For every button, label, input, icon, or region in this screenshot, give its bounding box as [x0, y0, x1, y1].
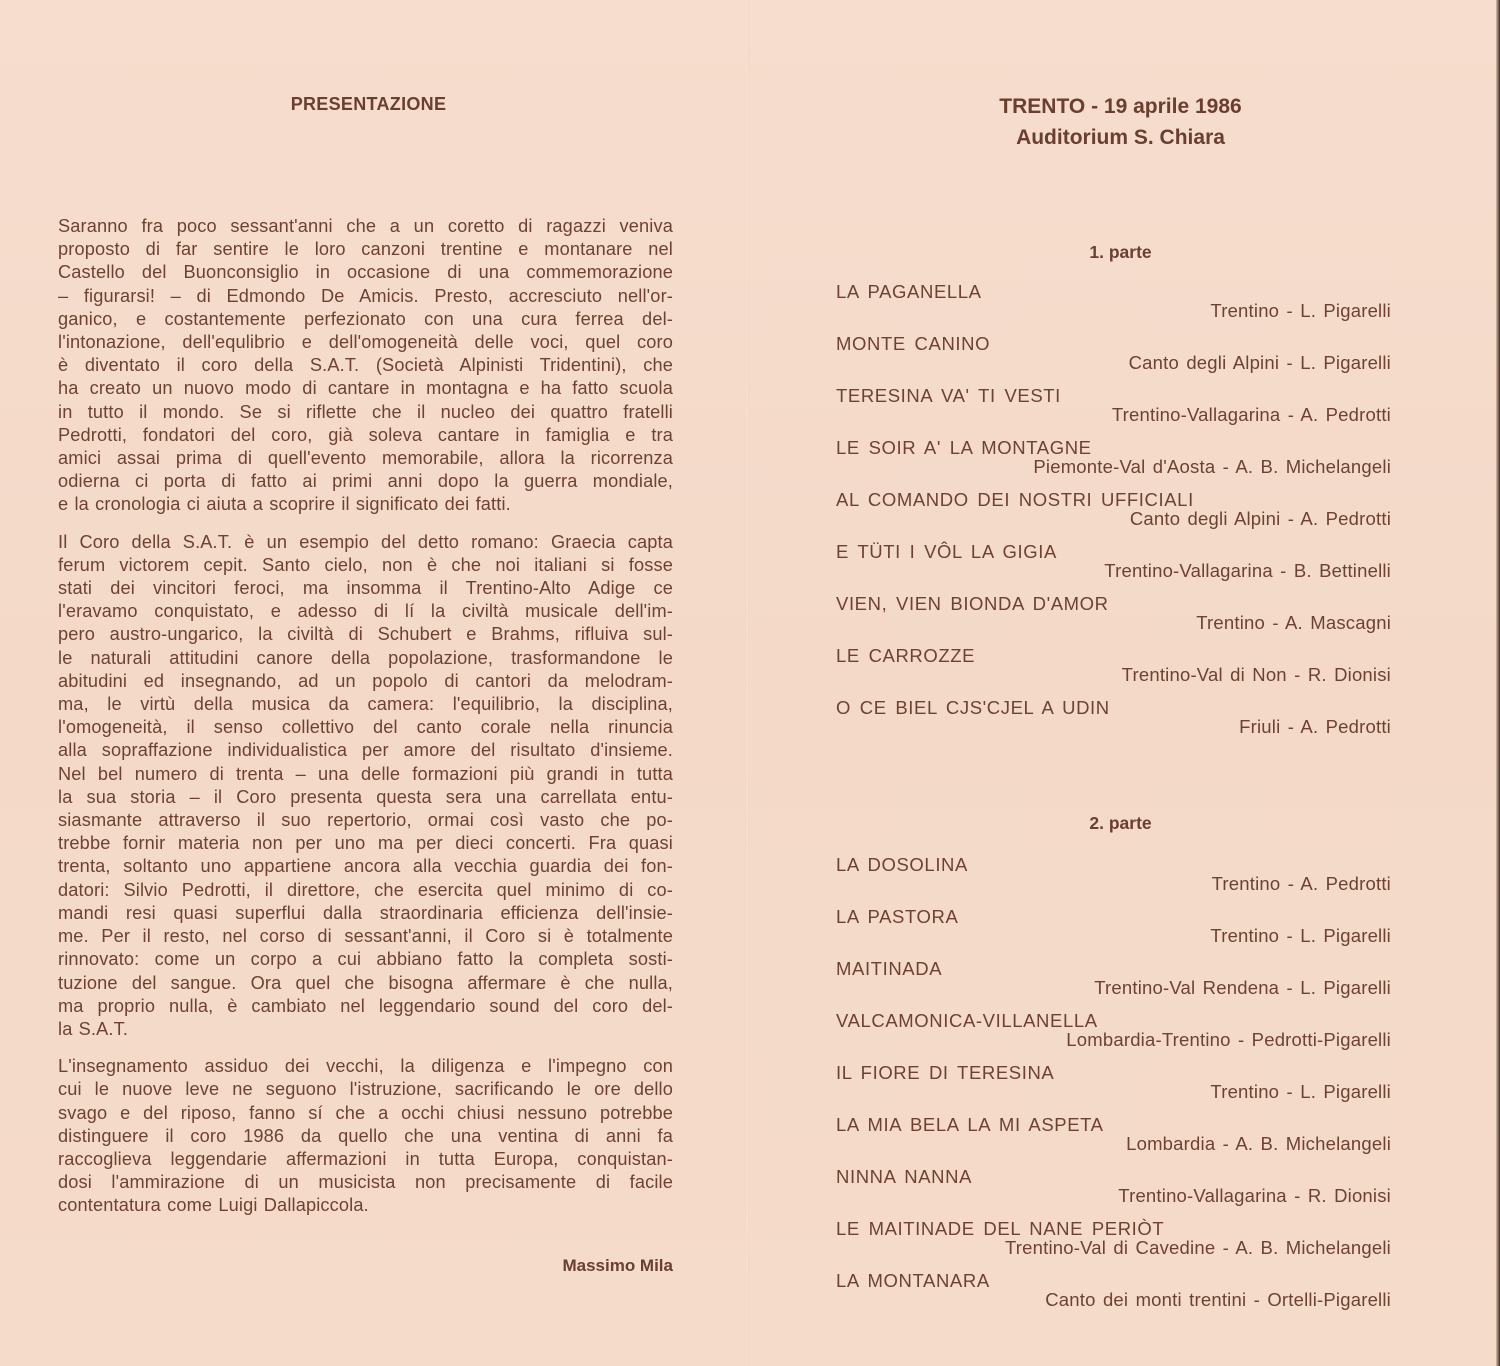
song-credit: Trentino-Val Rendena - L. Pigarelli [836, 977, 1391, 999]
text-line: Castello del Buonconsiglio in occasione … [58, 261, 673, 284]
song-item: LA PAGANELLATrentino - L. Pigarelli [836, 281, 1391, 333]
text-line: alla sopraffazione individualistica per … [58, 739, 673, 762]
text-line: rinnovato: come un corpo a cui abbiano f… [58, 948, 673, 971]
presentation-paragraph-3: L'insegnamento assiduo dei vecchi, la di… [58, 1055, 673, 1217]
text-line: dosi l'ammirazione di un musicista non p… [58, 1171, 673, 1194]
text-line: l'omogeneità, il senso collettivo del ca… [58, 716, 673, 739]
song-credit: Canto dei monti trentini - Ortelli-Pigar… [836, 1289, 1391, 1311]
part-1-song-list: LA PAGANELLATrentino - L. Pigarelli MONT… [836, 281, 1391, 749]
event-date-location: TRENTO - 19 aprile 1986 [850, 91, 1391, 122]
song-credit: Trentino - L. Pigarelli [836, 1081, 1391, 1103]
song-credit: Canto degli Alpini - L. Pigarelli [836, 352, 1391, 374]
song-credit: Piemonte-Val d'Aosta - A. B. Michelangel… [836, 456, 1391, 478]
text-line: odierna ci porta di fatto ai primi anni … [58, 470, 673, 493]
text-line: tuzione del sangue. Ora quel che bisogna… [58, 972, 673, 995]
presentation-paragraph-1: Saranno fra poco sessant'anni che a un c… [58, 215, 673, 517]
song-item: E TÜTI I VÔL LA GIGIATrentino-Vallagarin… [836, 541, 1391, 593]
presentation-section: PRESENTAZIONE Saranno fra poco sessant'a… [58, 94, 673, 1276]
song-item: LE CARROZZETrentino-Val di Non - R. Dion… [836, 645, 1391, 697]
song-item: LA MIA BELA LA MI ASPETALombardia - A. B… [836, 1114, 1391, 1166]
text-line: ma proprio nulla, è cambiato nel leggend… [58, 995, 673, 1018]
song-item: LA PASTORATrentino - L. Pigarelli [836, 906, 1391, 958]
author-signature: Massimo Mila [58, 1256, 673, 1276]
song-item: IL FIORE DI TERESINATrentino - L. Pigare… [836, 1062, 1391, 1114]
song-credit: Trentino-Val di Non - R. Dionisi [836, 664, 1391, 686]
text-line: pero austro-ungarico, la civiltà di Schu… [58, 623, 673, 646]
scan-edge-shadow [1496, 0, 1500, 1366]
text-line: svago e del riposo, fanno sí che a occhi… [58, 1102, 673, 1125]
text-line: stati dei vincitori feroci, ma insomma i… [58, 577, 673, 600]
text-line: Nel bel numero di trenta – una delle for… [58, 763, 673, 786]
song-item: LA MONTANARACanto dei monti trentini - O… [836, 1270, 1391, 1322]
text-line: ma, le virtù della musica da camera: l'e… [58, 693, 673, 716]
song-credit: Lombardia-Trentino - Pedrotti-Pigarelli [836, 1029, 1391, 1051]
text-line: trenta, soltanto uno appartiene ancora a… [58, 855, 673, 878]
text-line: Il Coro della S.A.T. è un esempio del de… [58, 531, 673, 554]
part-2-title: 2. parte [836, 813, 1391, 834]
song-item: LA DOSOLINATrentino - A. Pedrotti [836, 854, 1391, 906]
text-line: trebbe fornir materia non per uno ma per… [58, 832, 673, 855]
part-1-title: 1. parte [836, 242, 1391, 263]
text-line: me. Per il resto, nel corso di sessant'a… [58, 925, 673, 948]
presentation-title: PRESENTAZIONE [58, 94, 673, 115]
song-credit: Trentino - L. Pigarelli [836, 925, 1391, 947]
text-line: la sua storia – il Coro presenta questa … [58, 786, 673, 809]
song-item: TERESINA VA' TI VESTITrentino-Vallagarin… [836, 385, 1391, 437]
text-line: L'insegnamento assiduo dei vecchi, la di… [58, 1055, 673, 1078]
song-credit: Trentino-Val di Cavedine - A. B. Michela… [836, 1237, 1391, 1259]
text-line: ganico, e costantemente perfezionato con… [58, 308, 673, 331]
text-line: le naturali attitudini canore della popo… [58, 647, 673, 670]
concert-program-section: TRENTO - 19 aprile 1986 Auditorium S. Ch… [836, 91, 1391, 1322]
text-line: ha creato un nuovo modo di cantare in mo… [58, 377, 673, 400]
event-venue: Auditorium S. Chiara [850, 122, 1391, 153]
text-line: mandi resi quasi superflui dalla straord… [58, 902, 673, 925]
center-fold-line [747, 0, 749, 1366]
song-credit: Trentino - A. Pedrotti [836, 873, 1391, 895]
text-line: ferum victorem cepit. Santo cielo, non è… [58, 554, 673, 577]
song-credit: Canto degli Alpini - A. Pedrotti [836, 508, 1391, 530]
text-line: e la cronologia ci aiuta a scoprire il s… [58, 493, 673, 516]
text-line: datori: Silvio Pedrotti, il direttore, c… [58, 879, 673, 902]
text-line: l'intonazione, dell'equlibrio e dell'omo… [58, 331, 673, 354]
program-page: PRESENTAZIONE Saranno fra poco sessant'a… [0, 0, 1500, 1366]
text-line: abitudini ed insegnando, ad un popolo di… [58, 670, 673, 693]
song-credit: Trentino-Vallagarina - R. Dionisi [836, 1185, 1391, 1207]
song-item: O CE BIEL CJS'CJEL A UDINFriuli - A. Ped… [836, 697, 1391, 749]
text-line: distinguere il coro 1986 da quello che u… [58, 1125, 673, 1148]
song-item: MONTE CANINOCanto degli Alpini - L. Piga… [836, 333, 1391, 385]
text-line: la S.A.T. [58, 1018, 673, 1041]
text-line: Pedrotti, fondatori del coro, già soleva… [58, 424, 673, 447]
song-item: NINNA NANNATrentino-Vallagarina - R. Dio… [836, 1166, 1391, 1218]
song-credit: Trentino-Vallagarina - A. Pedrotti [836, 404, 1391, 426]
song-credit: Friuli - A. Pedrotti [836, 716, 1391, 738]
text-line: contentatura come Luigi Dallapiccola. [58, 1194, 673, 1217]
song-item: VIEN, VIEN BIONDA D'AMORTrentino - A. Ma… [836, 593, 1391, 645]
part-2-song-list: LA DOSOLINATrentino - A. Pedrotti LA PAS… [836, 854, 1391, 1322]
song-credit: Lombardia - A. B. Michelangeli [836, 1133, 1391, 1155]
song-item: MAITINADATrentino-Val Rendena - L. Pigar… [836, 958, 1391, 1010]
song-item: VALCAMONICA-VILLANELLALombardia-Trentino… [836, 1010, 1391, 1062]
song-item: LE SOIR A' LA MONTAGNEPiemonte-Val d'Aos… [836, 437, 1391, 489]
text-line: – figurarsi! – di Edmondo De Amicis. Pre… [58, 285, 673, 308]
song-item: AL COMANDO DEI NOSTRI UFFICIALICanto deg… [836, 489, 1391, 541]
song-item: LE MAITINADE DEL NANE PERIÒTTrentino-Val… [836, 1218, 1391, 1270]
presentation-paragraph-2: Il Coro della S.A.T. è un esempio del de… [58, 531, 673, 1041]
text-line: in tutto il mondo. Se si riflette che il… [58, 401, 673, 424]
song-credit: Trentino - L. Pigarelli [836, 300, 1391, 322]
text-line: raccoglieva leggendarie affermazioni in … [58, 1148, 673, 1171]
text-line: è diventato il coro della S.A.T. (Societ… [58, 354, 673, 377]
text-line: siasmante attraverso il suo repertorio, … [58, 809, 673, 832]
text-line: Saranno fra poco sessant'anni che a un c… [58, 215, 673, 238]
text-line: proposto di far sentire le loro canzoni … [58, 238, 673, 261]
song-credit: Trentino - A. Mascagni [836, 612, 1391, 634]
text-line: l'eravamo conquistato, e adesso di lí la… [58, 600, 673, 623]
song-credit: Trentino-Vallagarina - B. Bettinelli [836, 560, 1391, 582]
text-line: cui le nuove leve ne seguono l'istruzion… [58, 1078, 673, 1101]
event-header: TRENTO - 19 aprile 1986 Auditorium S. Ch… [836, 91, 1391, 153]
text-line: amici assai prima di quell'evento memora… [58, 447, 673, 470]
